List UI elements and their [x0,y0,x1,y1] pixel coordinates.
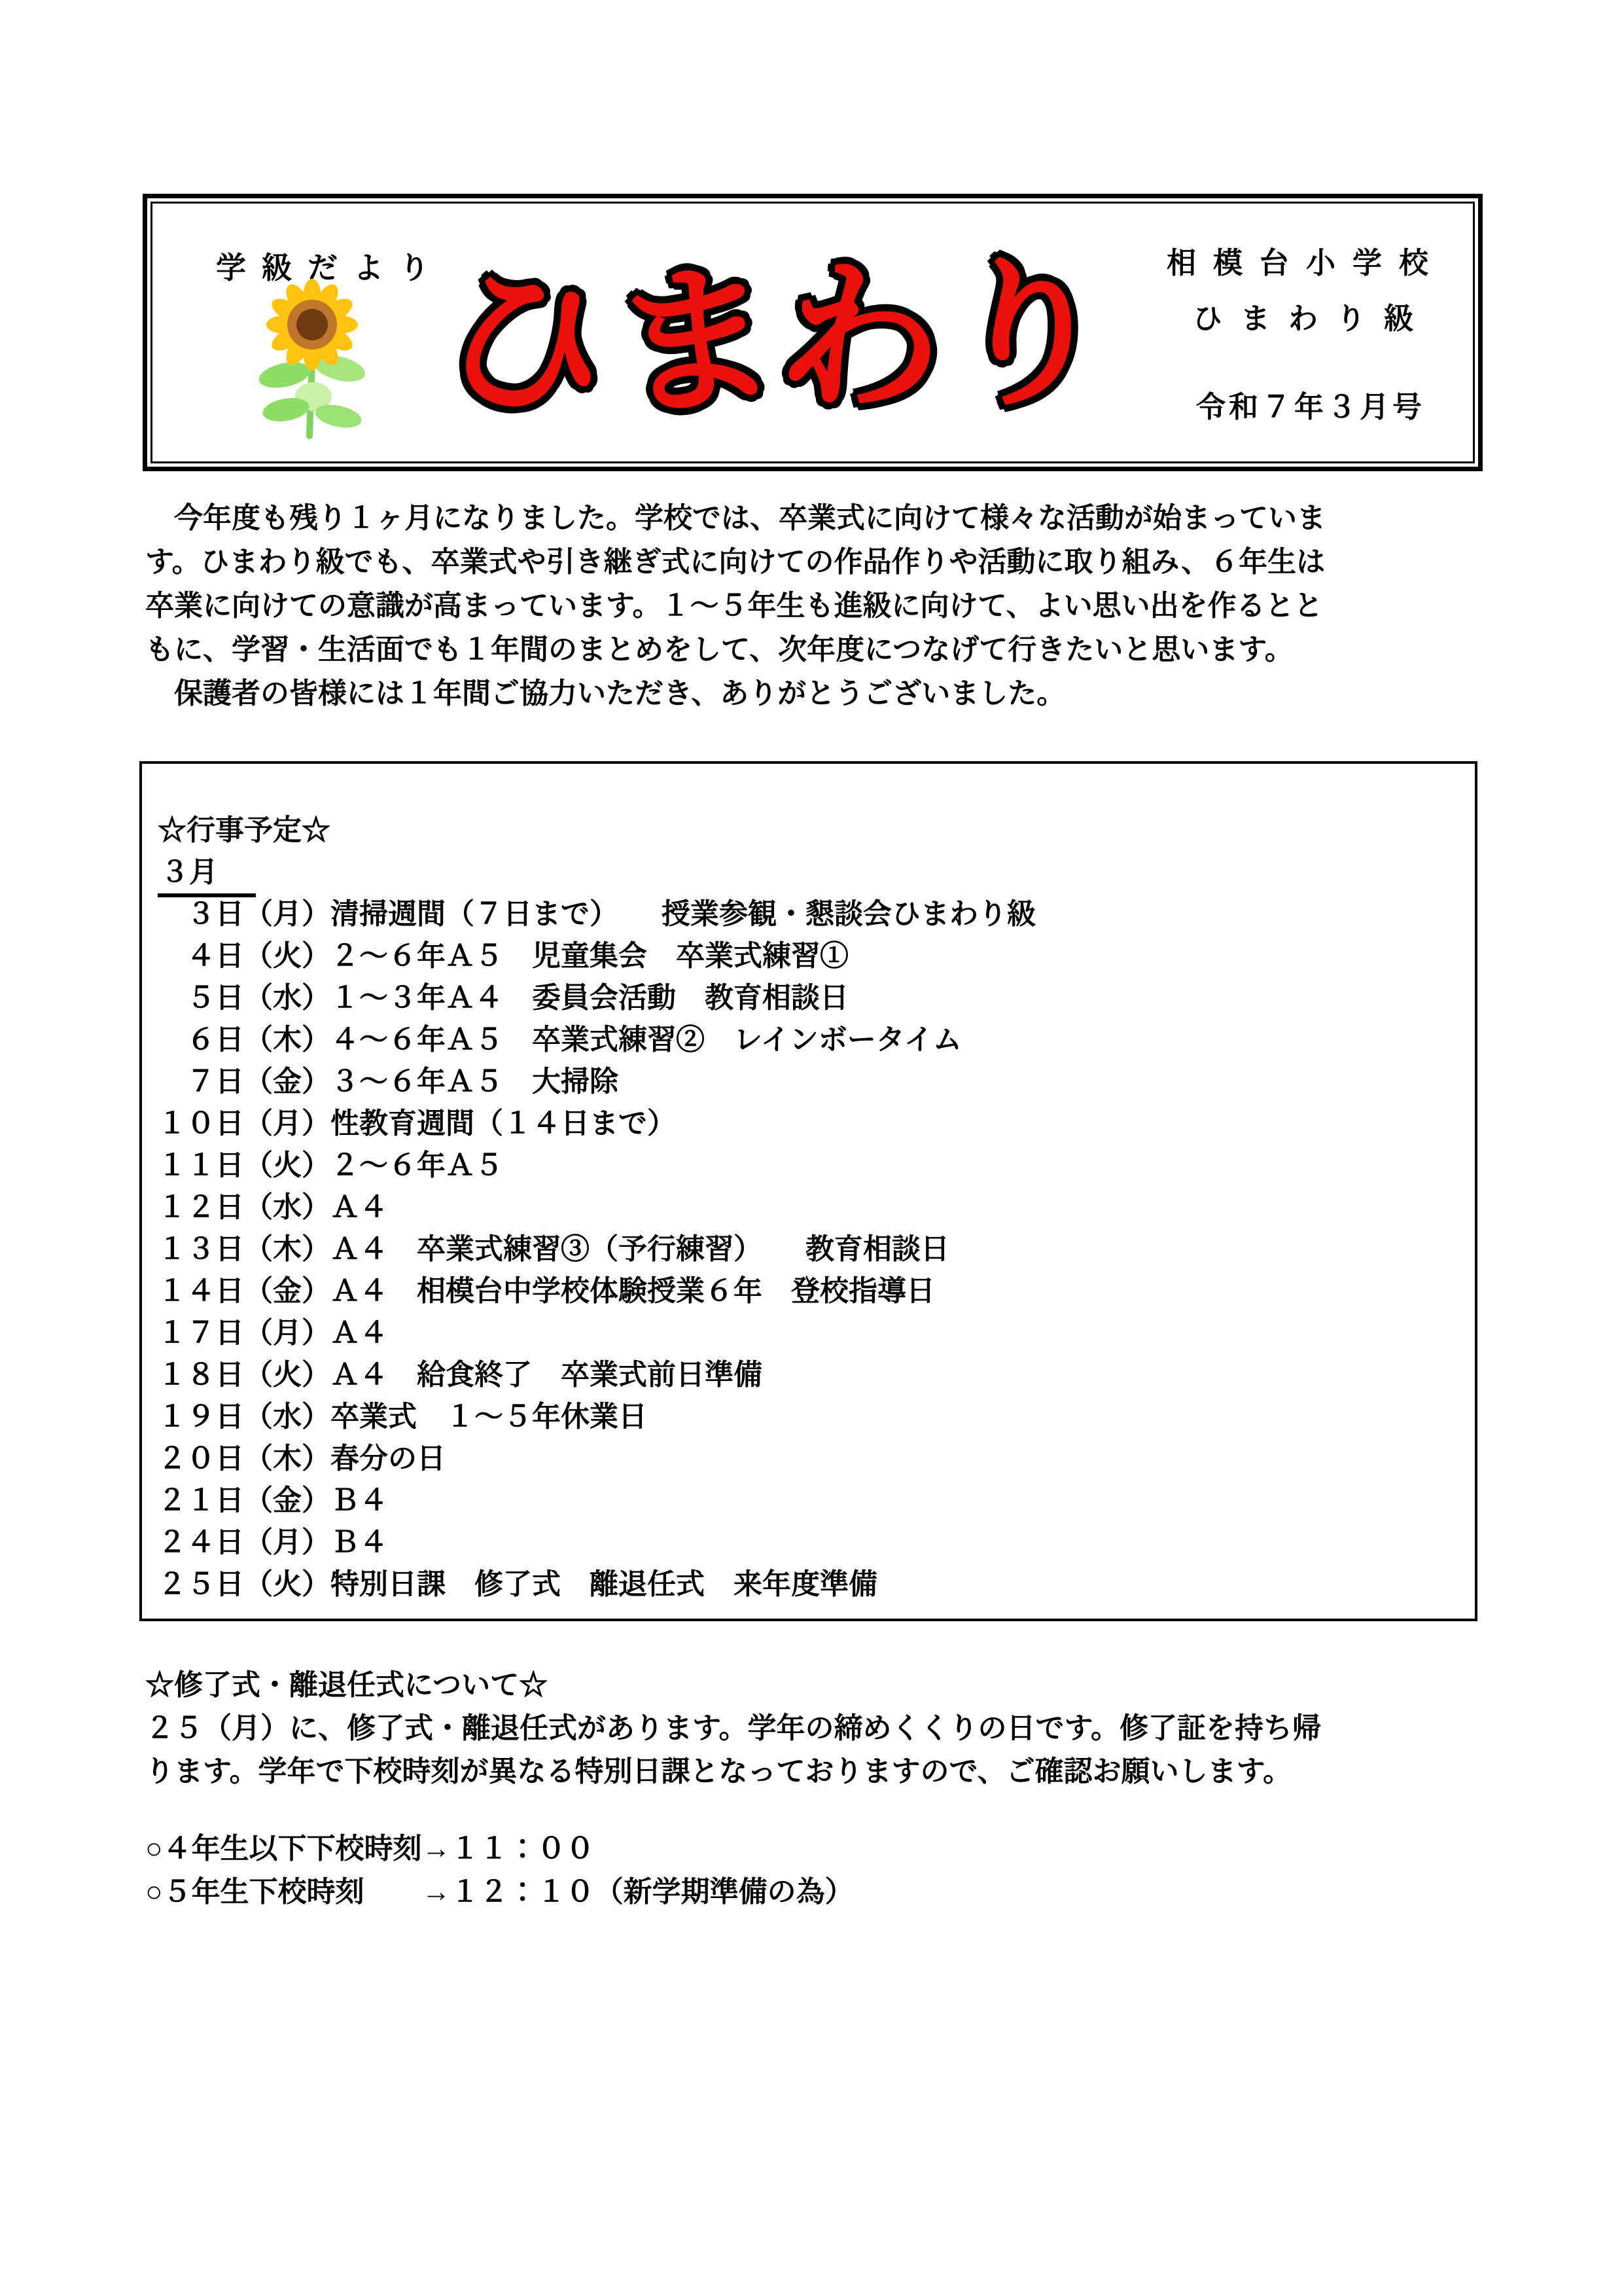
issue-label: 令和７年３月号 [1196,383,1481,425]
schedule-row: １７日（月）Ａ４ [158,1312,1459,1354]
newsletter-header: 学級だより [143,194,1483,471]
schedule-row: ６日（木）４～６年Ａ５ 卒業式練習② レインボータイム [158,1019,1459,1061]
schedule-row: ４日（火）２～６年Ａ５ 児童集会 卒業式練習① [158,935,1459,977]
schedule-row: ２５日（火）特別日課 修了式 離退任式 来年度準備 [158,1564,1459,1605]
newsletter-title: ひまわり [383,236,1181,452]
dismissal-times-list: ○４年生以下下校時刻→１１：００○５年生下校時刻 →１２：１０（新学期準備の為） [145,1827,1483,1914]
header-right-block: 相模台小学校 ひまわり級 令和７年３月号 [1167,239,1481,425]
title-char: ま [605,228,792,454]
schedule-row: １４日（金）Ａ４ 相模台中学校体験授業６年 登校指導日 [158,1270,1459,1312]
schedule-row: １８日（火）Ａ４ 給食終了 卒業式前日準備 [158,1354,1459,1396]
schedule-row: ７日（金）３～６年Ａ５ 大掃除 [158,1061,1459,1103]
dismissal-time-row: ○５年生下校時刻 →１２：１０（新学期準備の為） [145,1871,1483,1914]
schedule-row: １２日（水）Ａ４ [158,1187,1459,1229]
schedule-row: １３日（木）Ａ４ 卒業式練習③（予行練習） 教育相談日 [158,1229,1459,1270]
closing-section: ☆修了式・離退任式について☆ ２５（月）に、修了式・離退任式があります。学年の締… [145,1664,1483,1914]
title-char: わ [768,226,962,456]
schedule-month-line: ３月 [158,852,1459,893]
schedule-box: ☆行事予定☆ ３月 ３日（月）清掃週間（７日まで） 授業参観・懇談会ひまわり級 … [139,761,1477,1621]
schedule-row: ２４日（月）Ｂ４ [158,1522,1459,1564]
newsletter-page: 学級だより [0,0,1624,2296]
schedule-row: ２１日（金）Ｂ４ [158,1480,1459,1522]
schedule-row: ３日（月）清掃週間（７日まで） 授業参観・懇談会ひまわり級 [158,893,1459,935]
title-char: り [944,227,1121,445]
class-name: ひまわり級 [1193,295,1481,337]
schedule-heading: ☆行事予定☆ [158,810,1459,852]
school-name: 相模台小学校 [1167,239,1481,281]
closing-heading: ☆修了式・離退任式について☆ [145,1664,1483,1707]
schedule-row: １９日（水）卒業式 １～５年休業日 [158,1396,1459,1438]
schedule-row: １０日（月）性教育週間（１４日まで） [158,1103,1459,1145]
schedule-month: ３月 [158,852,256,897]
sunflower-icon [247,276,378,439]
closing-body: ２５（月）に、修了式・離退任式があります。学年の締めくくりの日です。修了証を持ち… [145,1707,1483,1793]
schedule-list: ３日（月）清掃週間（７日まで） 授業参観・懇談会ひまわり級 ４日（火）２～６年Ａ… [158,893,1459,1605]
dismissal-time-row: ○４年生以下下校時刻→１１：００ [145,1827,1483,1871]
intro-paragraph: 今年度も残り１ヶ月になりました。学校では、卒業式に向けて様々な活動が始まっていま… [145,496,1483,715]
schedule-row: １１日（火）２～６年Ａ５ [158,1145,1459,1187]
title-char: ひ [424,224,637,468]
schedule-row: ５日（水）１～３年Ａ４ 委員会活動 教育相談日 [158,977,1459,1019]
schedule-row: ２０日（木）春分の日 [158,1438,1459,1480]
